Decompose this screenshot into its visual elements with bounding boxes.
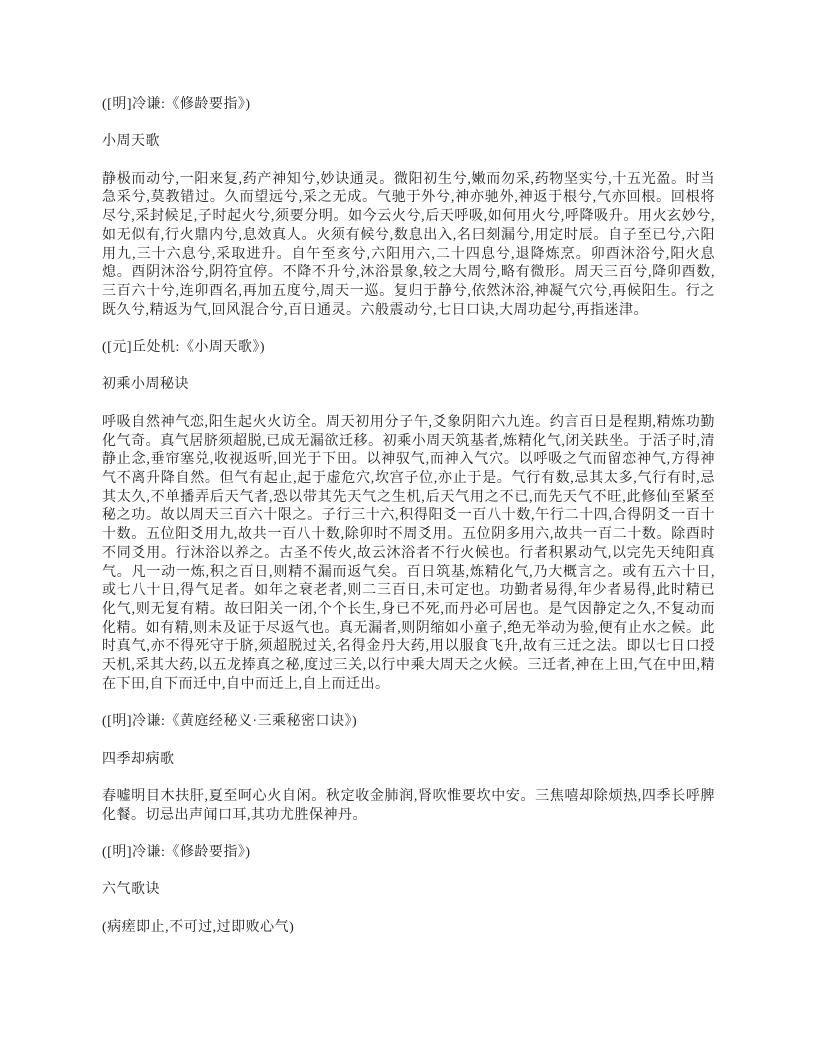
note-liuqi-gejue: (病瘥即止,不可过,过即败心气) [102,919,715,938]
paragraph-xiaozhoutian-ge: 静极而动兮,一阳来复,药产神知兮,妙诀通灵。微阳初生兮,嫩而勿采,药物坚实兮,十… [102,171,715,321]
paragraph-chucheng-xiaozhou-mijue: 呼吸自然神气恋,阳生起火火访全。周天初用分子午,爻象阴阳六九连。约言百日是程期,… [102,414,715,695]
source-attribution-3: ([明]冷谦:《黄庭经秘义·三乘秘密口诀》) [102,713,715,732]
heading-xiaozhoutian-ge: 小周天歌 [102,133,715,152]
document-page: { "page": { "background": "#ffffff", "te… [0,0,816,1056]
source-attribution-1: ([明]冷谦:《修龄要指》) [102,96,715,115]
heading-chucheng-xiaozhou-mijue: 初乘小周秘诀 [102,376,715,395]
source-attribution-4: ([明]冷谦:《修龄要指》) [102,844,715,863]
paragraph-siji-quebing-ge: 春嘘明目木扶肝,夏至呵心火自闲。秋定收金肺润,肾吹惟要坎中安。三焦嘻却除烦热,四… [102,788,715,825]
heading-liuqi-gejue: 六气歌诀 [102,881,715,900]
document-text-block: ([明]冷谦:《修龄要指》) 小周天歌 静极而动兮,一阳来复,药产神知兮,妙诀通… [102,96,715,956]
heading-siji-quebing-ge: 四季却病歌 [102,751,715,770]
source-attribution-2: ([元]丘处机:《小周天歌》) [102,339,715,358]
